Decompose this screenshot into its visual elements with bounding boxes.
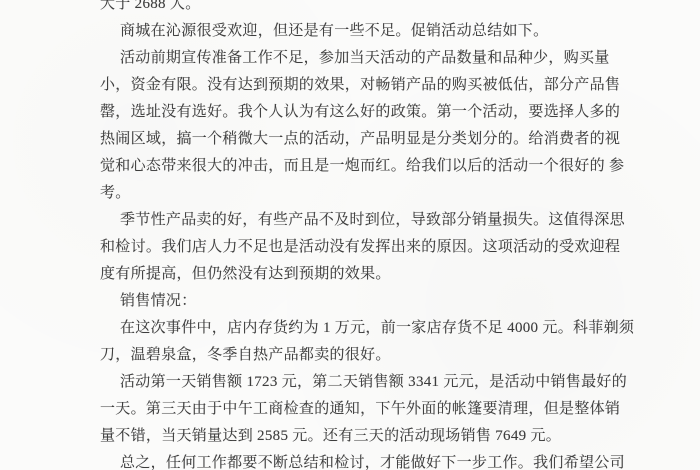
text-line: 小，资金有限。没有达到预期的效果，对畅销产品的购买被低估，部分产品售 [100,72,612,99]
text-line: 活动前期宣传准备工作不足，参加当天活动的产品数量和品种少，购买量 [100,45,612,72]
text-line: 刀，温碧泉盒，冬季自热产品都卖的很好。 [100,342,612,369]
text-line: 热闹区域，搞一个稍微大一点的活动，产品明显是分类划分的。给消费者的视 [100,126,612,153]
text-line: 量不错，当天销量达到 2585 元。还有三天的活动现场销售 7649 元。 [100,423,612,450]
text-line: 总之，任何工作都要不断总结和检讨，才能做好下一步工作。我们希望公司 [100,450,612,470]
document-page: 大于 2688 人。 商城在沁源很受欢迎，但还是有一些不足。促销活动总结如下。 … [0,0,700,470]
text-line: 考。 [100,180,612,207]
text-line: 和检讨。我们店人力不足也是活动没有发挥出来的原因。这项活动的受欢迎程 [100,234,612,261]
text-line: 罄，选址没有选好。我个人认为有这么好的政策。第一个活动，要选择人多的 [100,99,612,126]
text-line: 销售情况： [100,288,612,315]
text-line: 大于 2688 人。 [100,0,612,18]
text-line: 季节性产品卖的好，有些产品不及时到位，导致部分销量损失。这值得深思 [100,207,612,234]
text-line: 在这次事件中，店内存货约为 1 万元，前一家店存货不足 4000 元。科菲剃须 [100,315,612,342]
text-line: 度有所提高，但仍然没有达到预期的效果。 [100,261,612,288]
text-line: 活动第一天销售额 1723 元，第二天销售额 3341 元元，是活动中销售最好的 [100,369,612,396]
text-line: 商城在沁源很受欢迎，但还是有一些不足。促销活动总结如下。 [100,18,612,45]
text-line: 一天。第三天由于中午工商检查的通知，下午外面的帐篷要清理，但是整体销 [100,396,612,423]
document-text-block: 大于 2688 人。 商城在沁源很受欢迎，但还是有一些不足。促销活动总结如下。 … [100,0,612,470]
text-line: 觉和心态带来很大的冲击，而且是一炮而红。给我们以后的活动一个很好的 参 [100,153,612,180]
